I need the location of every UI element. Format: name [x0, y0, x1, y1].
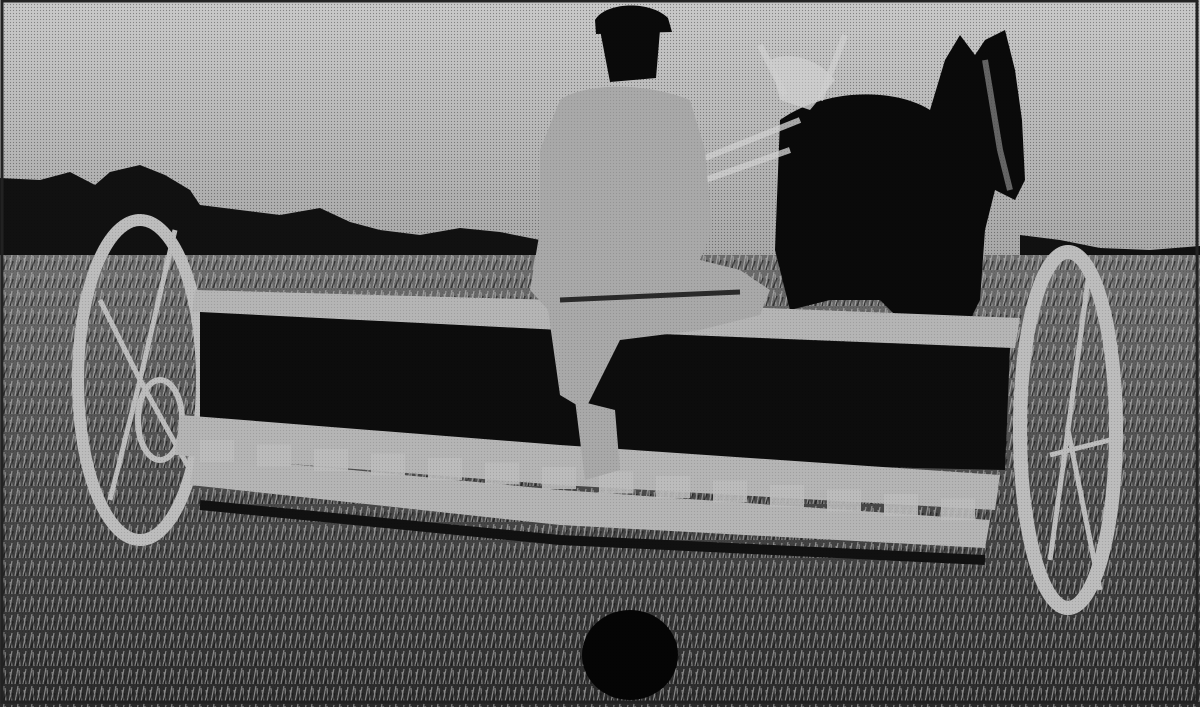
farm-photograph: A man in a cap and light work coat sits … — [0, 0, 1200, 707]
photo-scene — [0, 0, 1200, 707]
